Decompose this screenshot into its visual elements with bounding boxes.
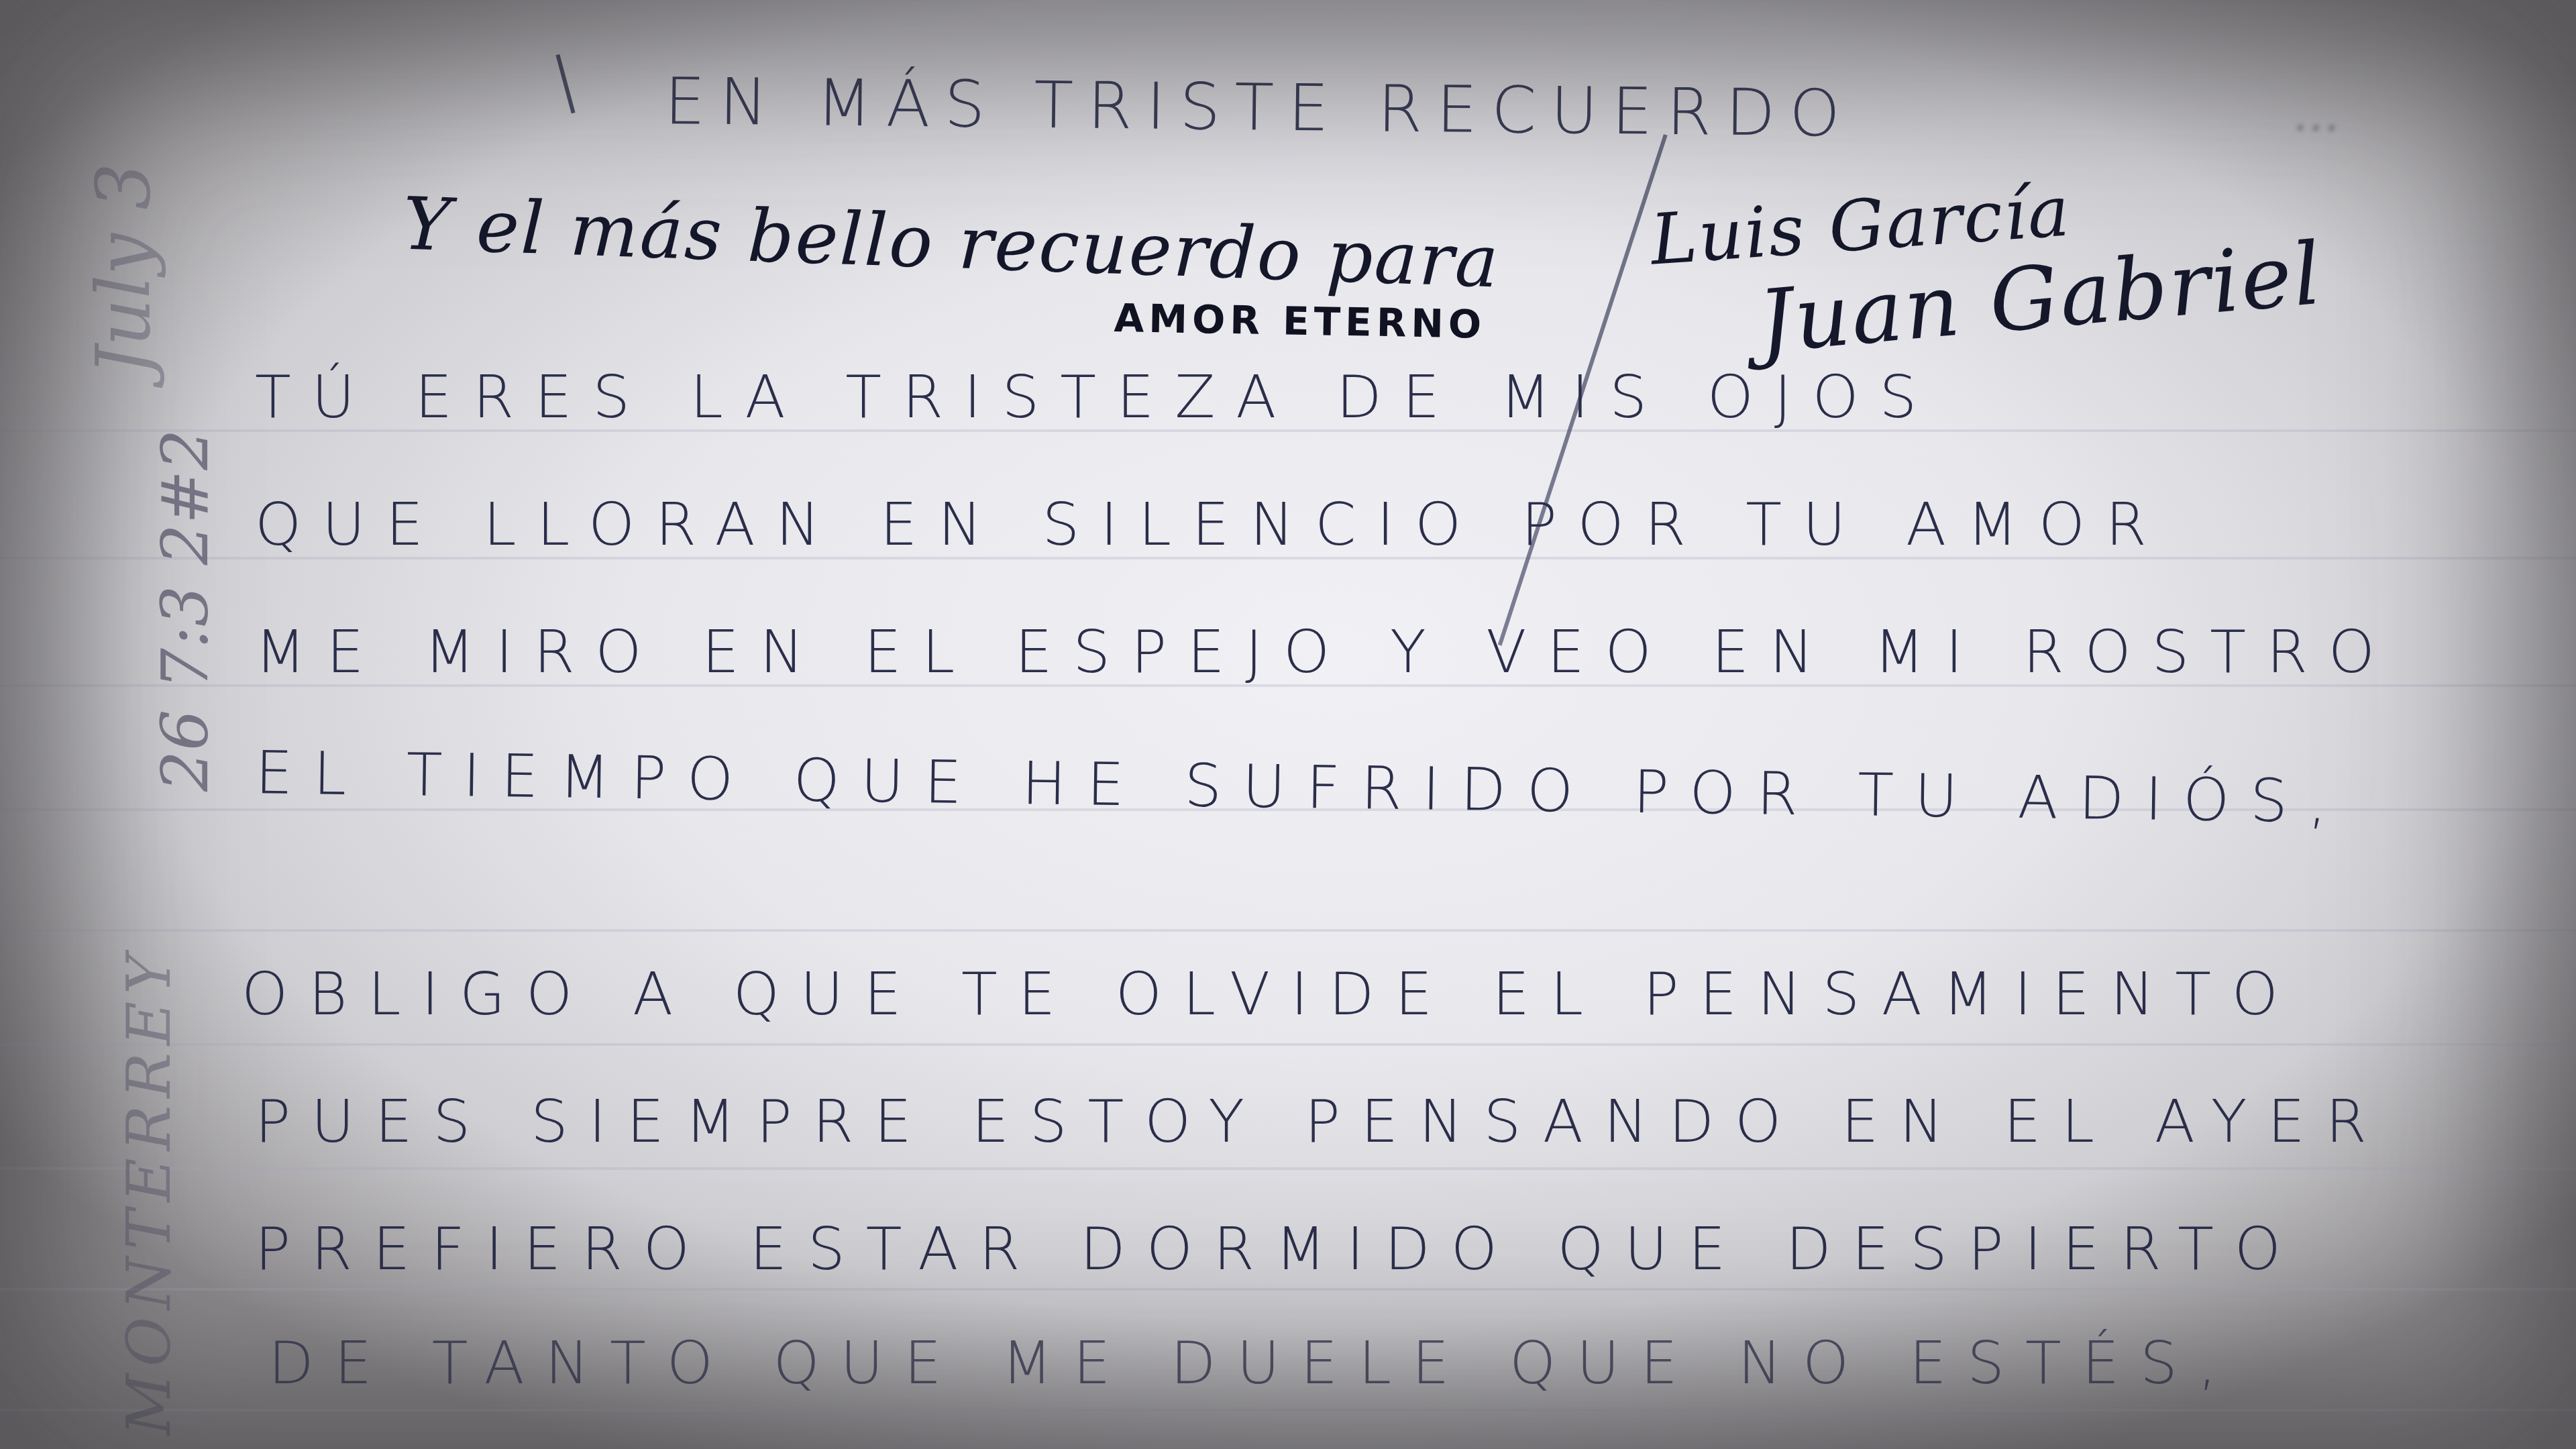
title-tail-scribble: … xyxy=(2294,87,2344,142)
verse-line: me miro en el espejo y veo en mi rostro xyxy=(255,617,2396,686)
verse-line: Tú eres la tristeza de mis ojos xyxy=(255,362,1937,431)
margin-note-city: Monterrey xyxy=(114,947,184,1436)
ruled-line xyxy=(0,1409,2576,1411)
verse-line: que lloran en silencio por tu amor xyxy=(255,490,2167,559)
margin-note-numbers: 26 7:3 2#2 xyxy=(148,429,223,792)
verse-line: pues siempre estoy pensando en el ayer xyxy=(255,1087,2387,1156)
verse-line: el tiempo que he sufrido por tu adiós, xyxy=(255,738,2348,837)
margin-note-date: July 3 xyxy=(80,163,166,376)
song-title: En más triste recuerdo xyxy=(664,64,1855,152)
verse-line: de tanto que me duele que no estés, xyxy=(268,1328,2237,1397)
verse-line: Obligo a que te olvide el pensamiento xyxy=(241,959,2299,1028)
lyrics-sheet: En más triste recuerdo … Y el más bello … xyxy=(0,0,2576,1449)
ruled-line xyxy=(0,1043,2576,1046)
ruled-line xyxy=(0,1167,2576,1170)
ruled-line xyxy=(0,929,2576,932)
ruled-line xyxy=(0,1288,2576,1291)
dedication-line: Y el más bello recuerdo para xyxy=(401,182,1501,304)
song-subtitle: Amor eterno xyxy=(1114,295,1487,347)
pen-mark xyxy=(555,54,575,113)
verse-line: prefiero estar dormido que despierto xyxy=(255,1214,2302,1283)
